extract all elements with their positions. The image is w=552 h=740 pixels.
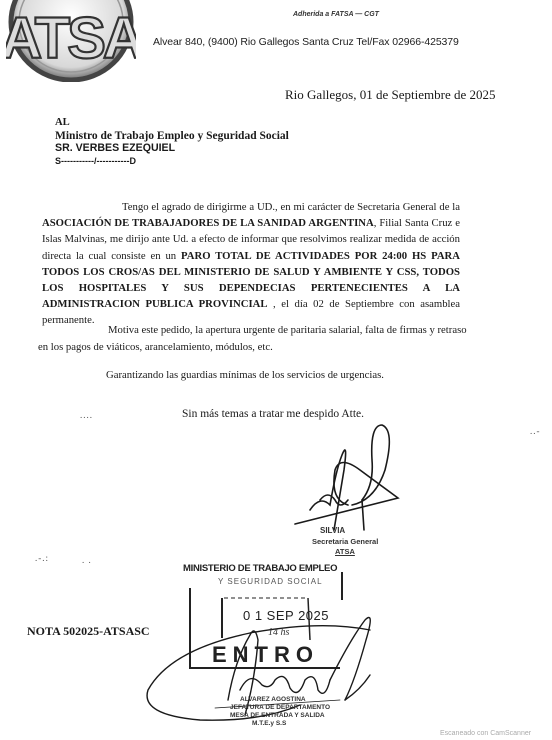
recipient-prefix: AL [55, 117, 289, 130]
affiliation-line: Adherida a FATSA — CGT [293, 11, 379, 18]
note-reference: NOTA 502025-ATSASC [27, 624, 150, 639]
scanner-watermark: Escaneado con CamScanner [440, 730, 531, 737]
p1-organization: ASOCIACIÓN DE TRABAJADORES DE LA SANIDAD… [42, 217, 374, 229]
body-paragraph-1: Tengo el agrado de dirigirme a UD., en m… [42, 199, 460, 329]
body-paragraph-2: Motiva este pedido, la apertura urgente … [38, 322, 468, 356]
atsa-logo: ATSA [6, 0, 136, 82]
official-line-2: JEFATURA DE DEPARTAMENTO [230, 704, 330, 711]
stamp-time-note: 14 hs [268, 627, 289, 638]
official-line-3: MESA DE ENTRADA Y SALIDA [230, 712, 325, 719]
speck-dots: .... [80, 410, 93, 420]
date-line: Rio Gallegos, 01 de Septiembre de 2025 [285, 87, 496, 103]
stamp-date: 0 1 SEP 2025 [243, 608, 329, 623]
letterhead-address: Alvear 840, (9400) Rio Gallegos Santa Cr… [153, 36, 459, 48]
secretary-signature [295, 425, 398, 530]
recipient-block: AL Ministro de Trabajo Empleo y Segurida… [55, 117, 289, 167]
svg-text:ATSA: ATSA [6, 6, 136, 71]
recipient-salutation: S-----------/-----------D [55, 155, 289, 168]
official-line-4: M.T.E.y S.S [252, 720, 286, 727]
p2-text: Motiva este pedido, la apertura urgente … [38, 324, 467, 353]
signer-title: Secretaria General [312, 537, 378, 546]
stamp-ministry-header: MINISTERIO DE TRABAJO EMPLEO [183, 563, 337, 574]
signer-name: SILVIA [320, 526, 345, 535]
speck-dots: . . [82, 555, 92, 565]
recipient-name: SR. VERBES EZEQUIEL [55, 142, 289, 155]
body-paragraph-3: Garantizando las guardias mínimas de los… [106, 369, 384, 381]
stamp-entry-label: ENTRO [212, 642, 319, 668]
stamp-ministry-subheader: Y SEGURIDAD SOCIAL [218, 577, 323, 586]
p1-intro: Tengo el agrado de dirigirme a UD., en m… [122, 201, 460, 213]
speck-dots: .-.: [35, 553, 49, 563]
speck-dots: ..- [530, 426, 541, 436]
recipient-office: Ministro de Trabajo Empleo y Seguridad S… [55, 130, 289, 143]
signer-organization: ATSA [335, 547, 355, 556]
closing-line: Sin más temas a tratar me despido Atte. [182, 408, 364, 420]
official-line-1: ALVAREZ AGOSTINA [240, 696, 306, 703]
